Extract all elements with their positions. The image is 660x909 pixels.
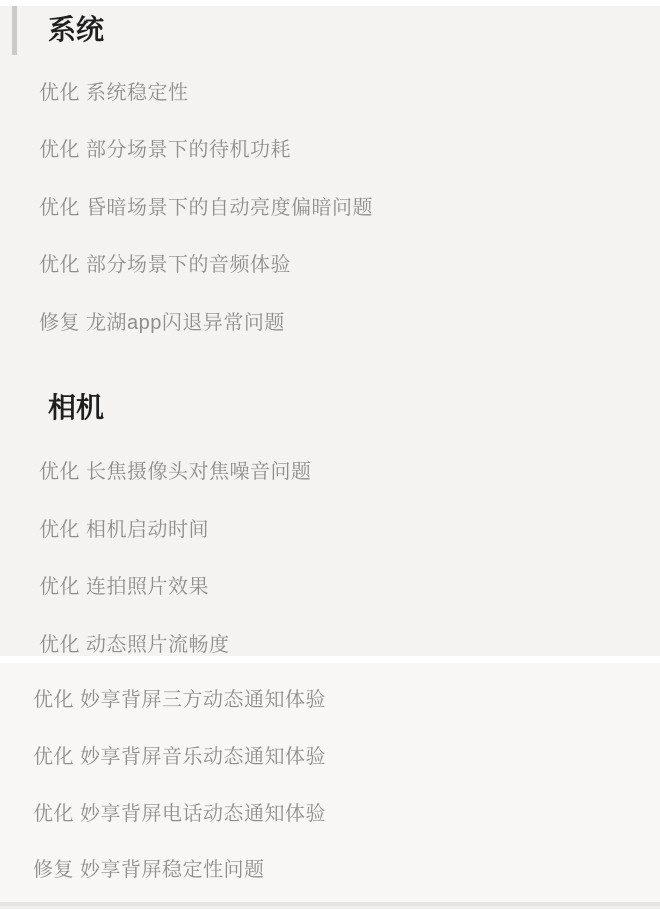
changelog-item: 优化 系统稳定性 <box>39 80 189 107</box>
section-title-system: 系统 <box>48 13 104 47</box>
changelog-item: 优化 长焦摄像头对焦噪音问题 <box>39 459 312 486</box>
section-title-camera: 相机 <box>48 391 104 425</box>
changelog-item: 优化 动态照片流畅度 <box>39 632 230 659</box>
changelog-item: 优化 部分场景下的待机功耗 <box>39 137 291 164</box>
changelog-item: 修复 龙湖app闪退异常问题 <box>39 310 285 337</box>
changelog-item: 优化 妙享背屏电话动态通知体验 <box>33 801 326 828</box>
section-accent-bar <box>12 6 17 55</box>
changelog-item: 优化 部分场景下的音频体验 <box>39 252 291 279</box>
changelog-item: 优化 妙享背屏音乐动态通知体验 <box>33 744 326 771</box>
changelog-item: 优化 妙享背屏三方动态通知体验 <box>33 687 326 714</box>
changelog-item: 优化 相机启动时间 <box>39 517 209 544</box>
top-edge-band <box>0 0 660 6</box>
changelog-item: 优化 昏暗场景下的自动亮度偏暗问题 <box>39 195 373 222</box>
screenshot-seam <box>0 656 660 663</box>
changelog-item: 修复 妙享背屏稳定性问题 <box>33 857 265 884</box>
changelog-item: 优化 连拍照片效果 <box>39 574 209 601</box>
secondary-screen-panel: 优化 妙享背屏三方动态通知体验 优化 妙享背屏音乐动态通知体验 优化 妙享背屏电… <box>0 663 660 902</box>
